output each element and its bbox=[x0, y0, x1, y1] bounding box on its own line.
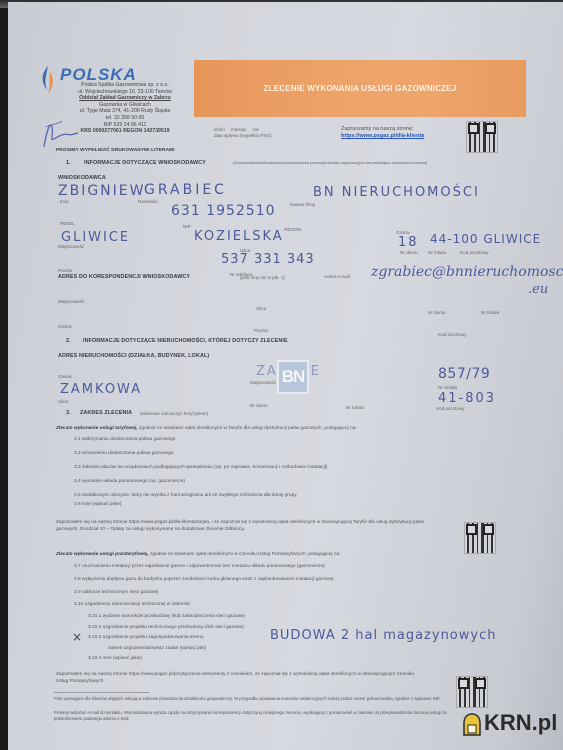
plot-number-label: Nr działki bbox=[438, 385, 457, 390]
website-link[interactable]: https://www.psgaz.pl/dla-klienta bbox=[341, 133, 424, 139]
section2-title: INFORMACJE DOTYCZĄCE NIERUCHOMOŚCI, KTÓR… bbox=[83, 338, 288, 344]
tariff-item[interactable]: 3.6 inne (wpisać jakie) bbox=[74, 502, 121, 507]
corr-poczta-label: Poczta bbox=[254, 328, 268, 333]
tariff-item[interactable]: 3.2 wznowieniu dostarczania paliwa gazow… bbox=[74, 451, 173, 456]
title-banner: ZLECENIE WYKONANIA USŁUGI GAZOWNICZEJ bbox=[194, 60, 526, 117]
property-address-subtitle: ADRES NIERUCHOMOŚCI (DZIAŁKA, BUDYNEK, L… bbox=[58, 353, 209, 359]
city-value: GLIWICE bbox=[61, 230, 130, 245]
section1-number: 1. bbox=[66, 160, 71, 166]
company-line: Polska Spółka Gazownictwa sp. z o.o. bbox=[50, 82, 200, 89]
site-badge-text: KRN.pl bbox=[484, 710, 557, 736]
qr-code-icon bbox=[466, 121, 498, 153]
non-tariff-block: Zlecam wykonanie usługi pozataryfowej, z… bbox=[56, 552, 496, 557]
property-postcode-label: Kod pocztowy bbox=[436, 406, 465, 411]
email-value-cont: .eu bbox=[528, 282, 548, 297]
house-lock-icon bbox=[462, 713, 482, 737]
company-name-label: Nazwa firmy bbox=[290, 202, 315, 207]
non-tariff-item[interactable]: 3.10 uzgodnieniu dokumentacji techniczne… bbox=[74, 602, 191, 607]
city-label: Miejscowość bbox=[58, 244, 84, 249]
footnote: Prosimy wskazać e-mail do kontaktu. Wnio… bbox=[54, 710, 454, 721]
sub-item[interactable]: 3.10.2 uzgodnienie projektu technicznego… bbox=[88, 625, 244, 630]
tariff-item[interactable]: 3.4 wymianie układu pomiarowego (np. gaz… bbox=[74, 479, 185, 484]
company-line: Oddział Zakład Gazowniczy w Zabrzu bbox=[50, 95, 200, 102]
company-line: ul. Wojciechowskiego 16, 33-100 Tarnów bbox=[50, 89, 200, 96]
sub-item-checked[interactable]: 3.10.3 uzgodnienie projektu zagospodarow… bbox=[88, 635, 203, 640]
corr-street-label: Ulica bbox=[256, 306, 266, 311]
non-tariff-heading: Zlecam wykonanie usługi pozataryfowej, bbox=[56, 552, 149, 557]
sub-item[interactable]: 3.10.1 wydanie warunków przebudowy i/lub… bbox=[88, 614, 245, 619]
first-name-label: Imię bbox=[60, 199, 69, 204]
section3-title: ZAKRES ZLECENIA bbox=[80, 410, 132, 416]
non-tariff-item[interactable]: 3.7 uruchomieniu instalacji przez napełn… bbox=[74, 564, 325, 569]
document-title: ZLECENIE WYKONANIA USŁUGI GAZOWNICZEJ bbox=[194, 84, 526, 93]
tariff-item[interactable]: 3.5 dodatkowym odczycie, który nie wynik… bbox=[74, 493, 297, 498]
section3-number: 3. bbox=[66, 410, 71, 416]
company-line: ul. Tyge Mala 374, 41-200 Rudy Śląska bbox=[50, 108, 200, 115]
tariff-block: Zlecam wykonanie usługi taryfowej, zgodn… bbox=[56, 426, 496, 431]
section1-note: (Wnioskodawca/Wnioskodawcy/osoba/osoba p… bbox=[233, 161, 533, 165]
sub-item[interactable]: zakres uzgodnienia/wykaz zadań (wpisać j… bbox=[108, 646, 206, 651]
section3-note: (właściwe zaznaczyć krzyżykiem) bbox=[140, 411, 208, 416]
corr-city-label: Miejscowość bbox=[58, 299, 84, 304]
signature-scribble-icon bbox=[40, 117, 80, 149]
property-city-label: Miejscowość bbox=[250, 380, 276, 385]
receipt-date-labels: dzień miesiąc rok data wpływu (wypełnia … bbox=[214, 127, 271, 139]
applicant-subtitle: WNIOSKODAWCA bbox=[58, 175, 106, 181]
qr-code-icon bbox=[456, 676, 488, 708]
visit-text: Zapraszamy na naszą stronę: bbox=[341, 126, 424, 133]
bn-watermark-logo: BN bbox=[277, 360, 309, 394]
date-label: data wpływu (wypełnia PSG) bbox=[214, 133, 271, 139]
first-name-value: ZBIGNIEW bbox=[58, 183, 145, 199]
sub-item[interactable]: 3.10.4 inne (wpisać jakie) bbox=[88, 656, 142, 661]
nip-label: NIP bbox=[183, 224, 191, 229]
tariff-item[interactable]: 3.1 wstrzymaniu dostarczania paliwa gazo… bbox=[74, 437, 175, 442]
regon-label: REGON bbox=[284, 227, 301, 232]
corr-postcode-label: Kod pocztowy bbox=[438, 332, 467, 337]
qr-code-icon bbox=[464, 522, 496, 554]
email-label: Adres e-mail bbox=[324, 274, 350, 279]
plot-number-value: 857/79 bbox=[438, 366, 490, 382]
phone-value: 537 331 343 bbox=[221, 252, 315, 267]
tariff-text: zgodnie ze stawkami opłat określonymi w … bbox=[139, 426, 357, 431]
corr-gmina-label: Gmina bbox=[58, 324, 72, 329]
company-name-value: BN NIERUCHOMOŚCI bbox=[313, 185, 480, 200]
correspondence-note: (jeśli inny niż w pkt. 1) bbox=[240, 275, 285, 280]
last-name-label: Nazwisko bbox=[138, 199, 158, 204]
property-house-label: Nr domu bbox=[250, 403, 268, 408]
email-value: zgrabiec@bnnieruchomosci bbox=[371, 264, 563, 280]
non-tariff-text: zgodnie ze stawkami opłat określonymi w … bbox=[150, 552, 341, 557]
last-name-value: GRABIEC bbox=[144, 182, 227, 198]
corr-flat-label: Nr lokalu bbox=[481, 310, 499, 315]
non-tariff-footer: Zapoznałem się na naszej stronie https:/… bbox=[56, 672, 426, 685]
footnote: Pole wymagane dla klientów objętych usłu… bbox=[54, 696, 524, 702]
tariff-item[interactable]: 3.3 zakresie placów na urządzeniach podl… bbox=[74, 465, 327, 470]
property-gmina-label: Gmina bbox=[58, 374, 72, 379]
nip-value: 631 1952510 bbox=[171, 203, 276, 219]
footnote-divider bbox=[54, 692, 149, 693]
property-street-value: ZAMKOWA bbox=[60, 382, 142, 397]
poczta-label: Poczta bbox=[58, 268, 72, 273]
correspondence-title: ADRES DO KORESPONDENCJI WNIOSKODAWCY bbox=[58, 274, 190, 280]
visit-site-note: Zapraszamy na naszą stronę: https://www.… bbox=[341, 126, 424, 140]
house-number-value: 18 bbox=[398, 235, 419, 250]
house-number-label: Nr domu bbox=[400, 250, 418, 255]
property-flat-label: Nr lokalu bbox=[346, 405, 364, 410]
non-tariff-item[interactable]: 3.9 odbiorze technicznym sieci gazowej bbox=[74, 590, 158, 595]
checkbox-mark-icon[interactable]: × bbox=[72, 630, 84, 644]
sub-item-handwritten: BUDOWA 2 hal magazynowych bbox=[270, 628, 496, 643]
section1-title: INFORMACJE DOTYCZĄCE WNIOSKODAWCY bbox=[84, 160, 206, 166]
postcode-city-value: 44-100 GLIWICE bbox=[430, 232, 541, 246]
tariff-footer: Zapoznałem się na naszej stronie https:/… bbox=[56, 520, 426, 533]
tariff-heading: Zlecam wykonanie usługi taryfowej, bbox=[56, 426, 138, 431]
property-postcode-value: 41-803 bbox=[438, 391, 496, 406]
flat-number-label: Nr lokalu bbox=[428, 250, 446, 255]
property-street-label: Ulica bbox=[58, 399, 68, 404]
instruction-text: PROSIMY WYPEŁNIAĆ DRUKOWANYMI LITERAMI bbox=[56, 148, 175, 153]
document-page: POLSKA Polska Spółka Gazownictwa sp. z o… bbox=[8, 2, 563, 750]
postcode-label: Kod pocztowy bbox=[460, 250, 489, 255]
street-value: KOZIELSKA bbox=[194, 229, 284, 244]
section2-number: 2. bbox=[66, 338, 71, 344]
non-tariff-item[interactable]: 3.8 wyłączeniu dopływu gazu do budynku p… bbox=[74, 577, 333, 582]
corr-house-label: Nr domu bbox=[428, 310, 446, 315]
pesel-label: PESEL bbox=[60, 221, 75, 226]
